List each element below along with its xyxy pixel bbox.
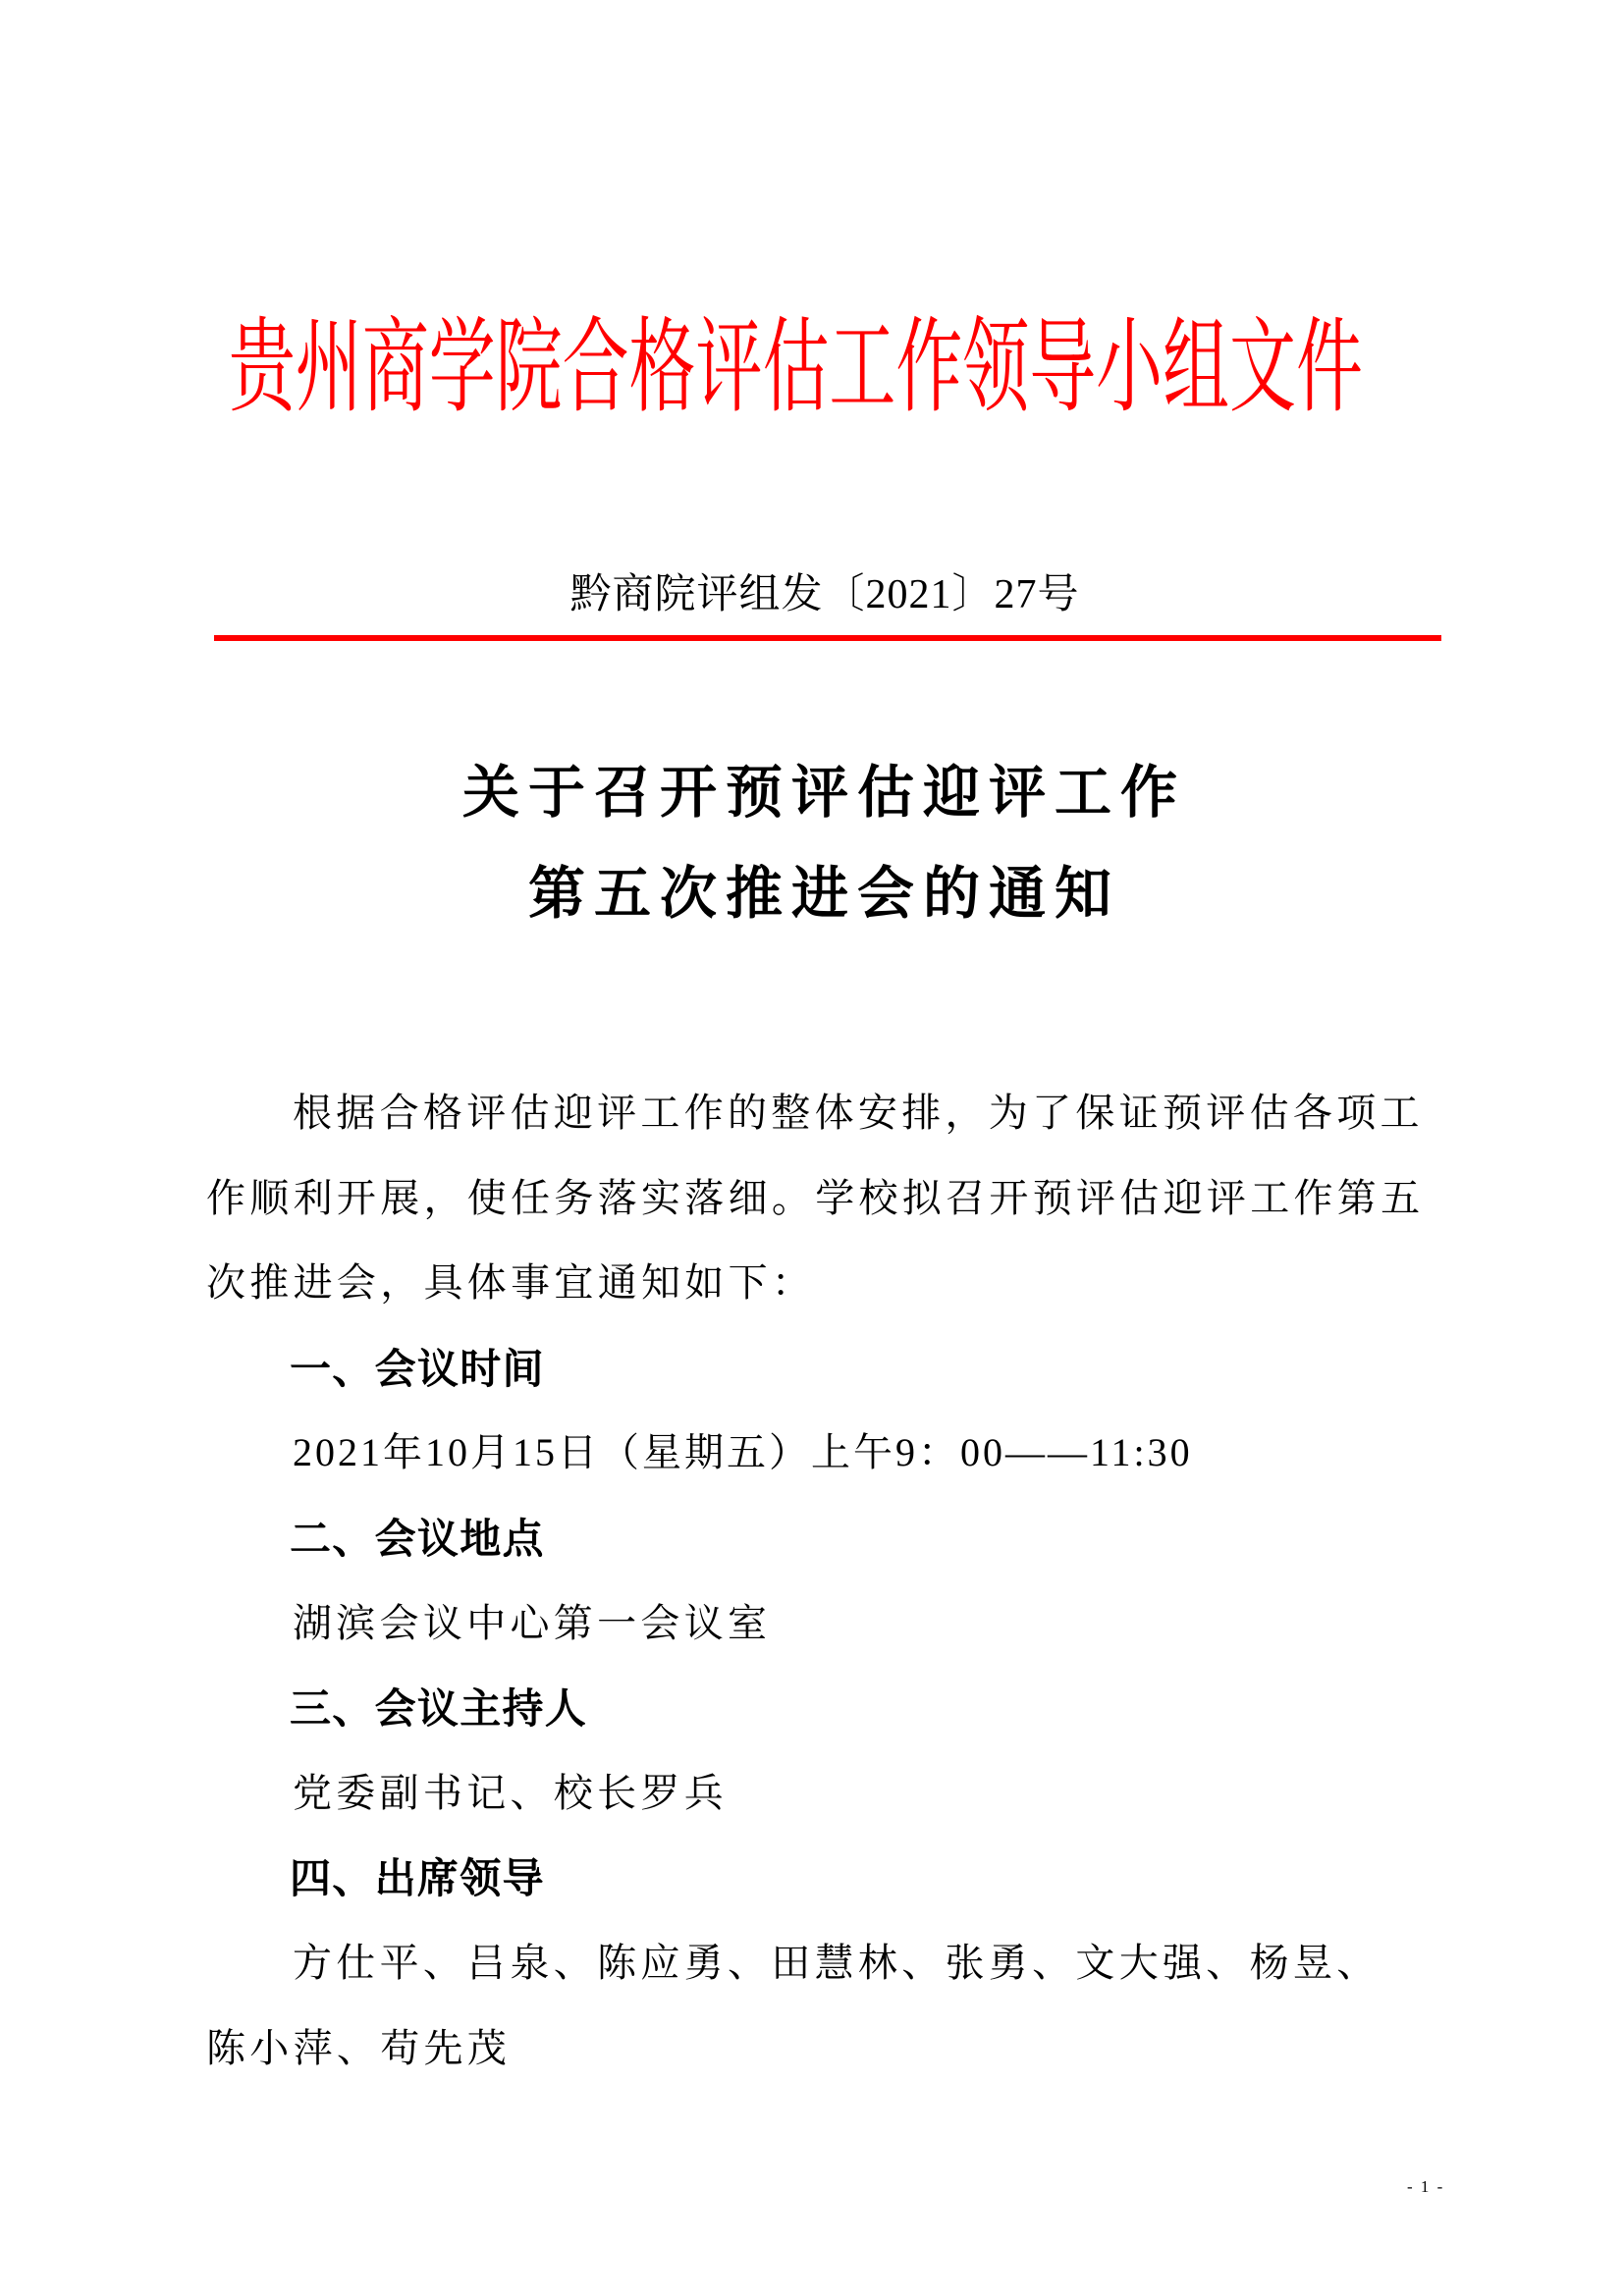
attending-leaders-line: 方仕平、吕泉、陈应勇、田慧林、张勇、文大强、杨昱、 bbox=[293, 1944, 1380, 1983]
red-divider-rule bbox=[214, 635, 1441, 641]
intro-paragraph-line: 次推进会，具体事宜通知如下： bbox=[206, 1263, 815, 1303]
section-heading-meeting-location: 二、会议地点 bbox=[290, 1519, 545, 1560]
masthead-title: 贵州商学院合格评估工作领导小组文件 bbox=[229, 316, 1363, 419]
notice-title-line-1: 关于召开预评估迎评工作 bbox=[0, 764, 1624, 821]
section-heading-attending-leaders: 四、出席领导 bbox=[290, 1858, 545, 1899]
intro-paragraph-line: 根据合格评估迎评工作的整体安排，为了保证预评估各项工 bbox=[293, 1094, 1424, 1133]
section-heading-meeting-host: 三、会议主持人 bbox=[290, 1688, 587, 1730]
intro-paragraph-line: 作顺利开展，使任务落实落细。学校拟召开预评估迎评工作第五 bbox=[206, 1179, 1424, 1218]
document-number: 黔商院评组发〔2021〕27号 bbox=[0, 574, 1624, 615]
document-page: 贵州商学院合格评估工作领导小组文件 黔商院评组发〔2021〕27号 关于召开预评… bbox=[0, 0, 1624, 2296]
meeting-location-value: 湖滨会议中心第一会议室 bbox=[293, 1604, 771, 1643]
meeting-host-value: 党委副书记、校长罗兵 bbox=[293, 1774, 728, 1813]
attending-leaders-line: 陈小萍、苟先茂 bbox=[206, 2029, 511, 2068]
page-number: - 1 - bbox=[1407, 2178, 1444, 2195]
notice-title-line-2: 第五次推进会的通知 bbox=[0, 865, 1624, 922]
section-heading-meeting-time: 一、会议时间 bbox=[290, 1349, 545, 1390]
meeting-time-value: 2021年10月15日（星期五）上午9：00——11:30 bbox=[293, 1433, 1193, 1472]
